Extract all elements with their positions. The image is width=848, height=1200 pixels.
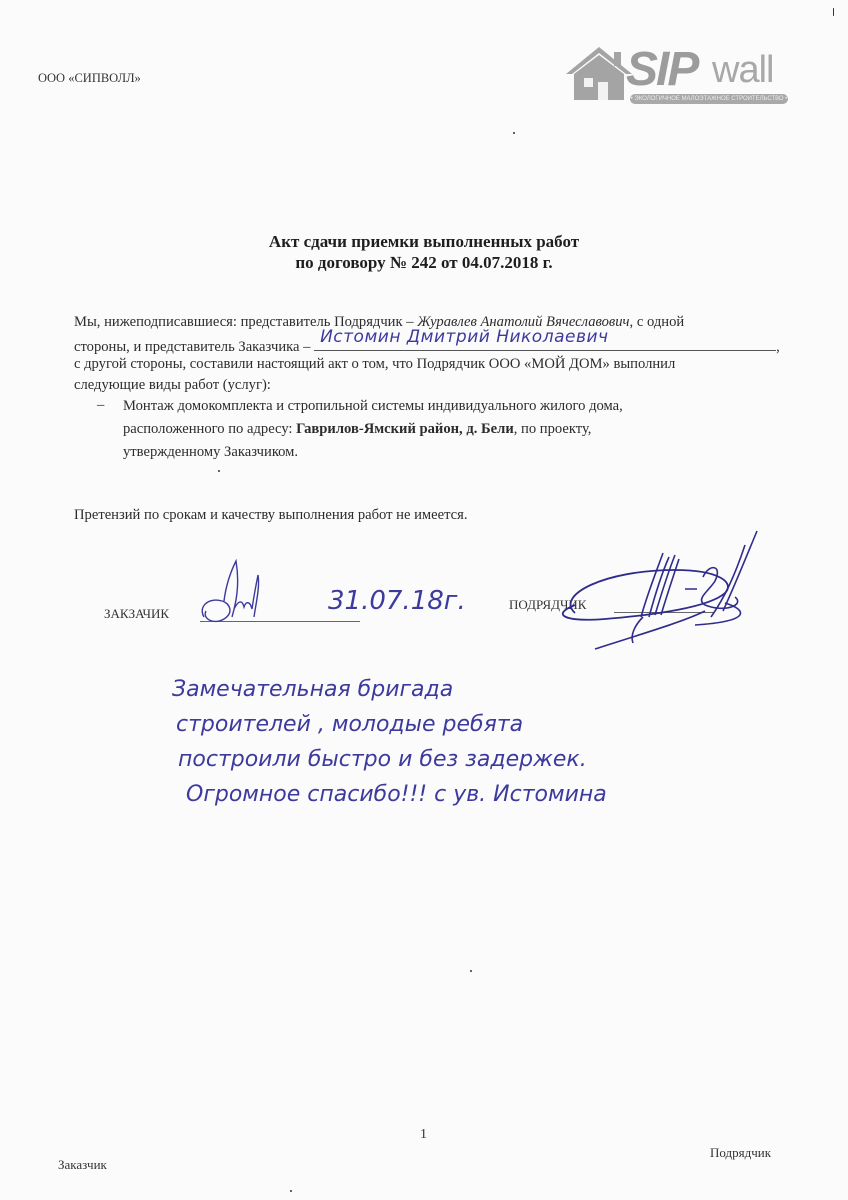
intro-line-4: следующие виды работ (услуг): <box>74 375 798 396</box>
customer-representative-field: Истомин Дмитрий Николаевич <box>314 333 776 351</box>
house-icon <box>562 44 636 102</box>
note-line-4: Огромное спасибо!!! с ув. Истомина <box>172 777 812 812</box>
intro-line-2: стороны, и представитель Заказчика – Ист… <box>74 333 798 354</box>
logo-wall-text: wall <box>712 50 773 90</box>
handwritten-review-note: Замечательная бригада строителей , молод… <box>172 672 812 812</box>
title-line-2: по договору № 242 от 04.07.2018 г. <box>0 252 848 273</box>
intro-paragraph: Мы, нижеподписавшиеся: представитель Под… <box>74 312 798 396</box>
customer-representative-handwritten: Истомин Дмитрий Николаевич <box>320 327 608 348</box>
claims-statement: Претензий по срокам и качеству выполнени… <box>74 507 467 524</box>
work-item-line-1: Монтаж домокомплекта и стропильной систе… <box>123 395 783 418</box>
footer-contractor-label: Подрядчик <box>710 1145 771 1161</box>
intro-line-3: с другой стороны, составили настоящий ак… <box>74 354 798 375</box>
scan-speck <box>290 1190 292 1192</box>
customer-signature-date: 31.07.18г. <box>328 586 466 616</box>
note-line-2: строителей , молодые ребята <box>172 707 812 742</box>
company-name: ООО «СИПВОЛЛ» <box>38 71 141 86</box>
note-line-3: построили быстро и без задержек. <box>172 742 812 777</box>
title-line-1: Акт сдачи приемки выполненных работ <box>0 231 848 252</box>
work-item-line-2: расположенного по адресу: Гаврилов-Ямски… <box>123 418 783 441</box>
work-item-line-3: утвержденному Заказчиком. <box>123 441 783 464</box>
logo-tagline: • ЭКОЛОГИЧНОЕ МАЛОЭТАЖНОЕ СТРОИТЕЛЬСТВО … <box>630 94 788 104</box>
work-item: Монтаж домокомплекта и стропильной систе… <box>123 395 783 464</box>
sipwall-logo: SIP wall • ЭКОЛОГИЧНОЕ МАЛОЭТАЖНОЕ СТРОИ… <box>562 40 792 110</box>
page-number: 1 <box>420 1127 427 1143</box>
note-line-1: Замечательная бригада <box>172 672 812 707</box>
scan-speck <box>470 970 472 972</box>
contractor-signature <box>535 525 770 650</box>
scan-speck <box>513 132 515 134</box>
work-address: Гаврилов-Ямский район, д. Бели <box>296 421 514 437</box>
footer-customer-label: Заказчик <box>58 1157 107 1173</box>
logo-sip-text: SIP <box>626 46 697 94</box>
document-title: Акт сдачи приемки выполненных работ по д… <box>0 231 848 273</box>
customer-signature-label: ЗАКЗАЧИК <box>104 606 169 622</box>
customer-signature <box>196 555 276 635</box>
scan-speck <box>833 8 834 16</box>
list-bullet-dash: – <box>97 397 104 414</box>
scan-speck <box>218 470 220 472</box>
